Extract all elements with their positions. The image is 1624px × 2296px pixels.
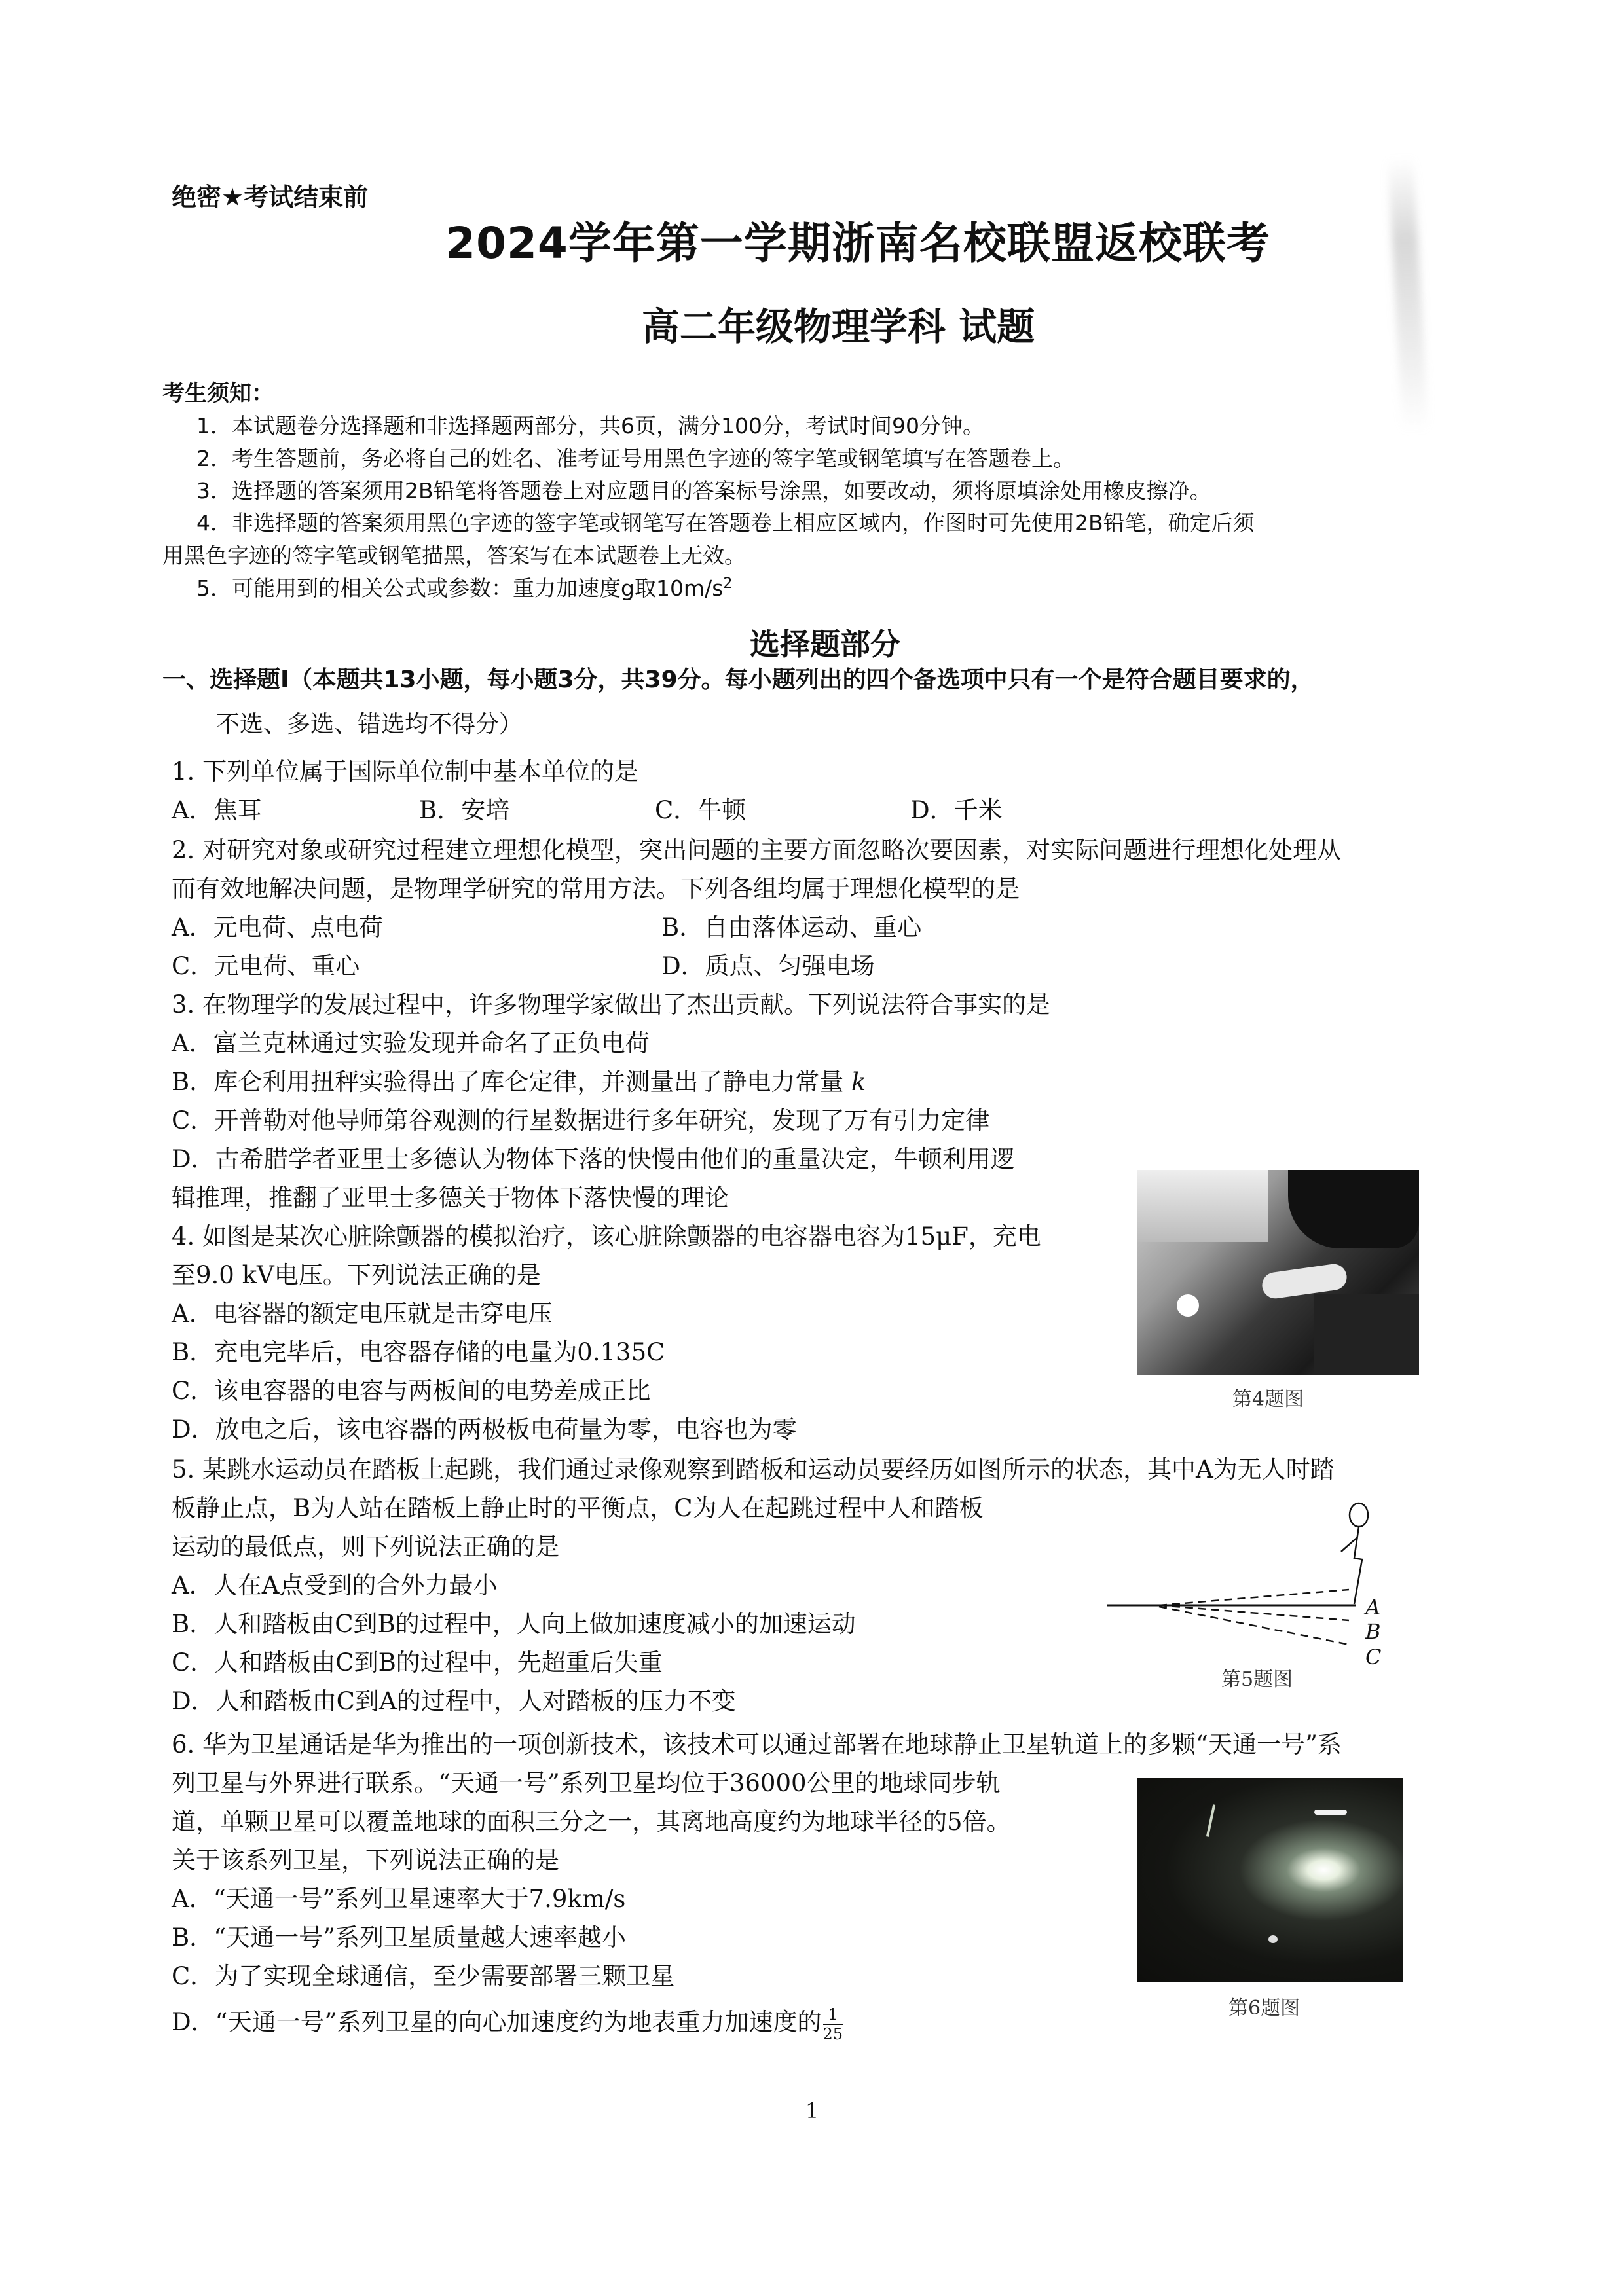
q6-option-d: D．“天通一号”系列卫星的向心加速度约为地表重力加速度的125 [172, 2002, 843, 2042]
superscript: 2 [723, 575, 732, 592]
notice-item-2: 2．考生答题前，务必将自己的姓名、准考证号用黑色字迹的签字笔或钢笔填写在答题卷上… [196, 442, 1075, 473]
q6-option-b: B．“天通一号”系列卫星质量越大速率越小 [172, 1918, 626, 1953]
notice-item-3: 3．选择题的答案须用2B铅笔将答题卷上对应题目的答案标号涂黑，如要改动，须将原填… [196, 474, 1211, 505]
q3-option-b-text: B．库仑利用扭秤实验得出了库仑定律，并测量出了静电力常量 [172, 1068, 843, 1096]
q3-option-b: B．库仑利用扭秤实验得出了库仑定律，并测量出了静电力常量 k [172, 1062, 866, 1097]
satellite-photo [1137, 1778, 1403, 1982]
q3-option-d-cont: 辑推理，推翻了亚里士多德关于物体下落快慢的理论 [172, 1178, 729, 1213]
fraction-numerator: 1 [828, 2007, 838, 2022]
q2-option-b: B．自由落体运动、重心 [661, 907, 921, 943]
q2-stem-line2: 而有效地解决问题，是物理学研究的常用方法。下列各组均属于理想化模型的是 [172, 869, 1020, 904]
q3-option-c: C．开普勒对他导师第谷观测的行星数据进行多年研究，发现了万有引力定律 [172, 1101, 989, 1136]
q2-option-c: C．元电荷、重心 [172, 946, 360, 981]
q5-stem-line3: 运动的最低点，则下列说法正确的是 [172, 1527, 559, 1562]
q6-option-c: C．为了实现全球通信，至少需要部署三颗卫星 [172, 1956, 674, 1992]
q5-option-b: B．人和踏板由C到B的过程中，人向上做加速度减小的加速运动 [172, 1604, 856, 1639]
notice-heading: 考生须知： [162, 375, 274, 407]
variable-k: k [851, 1068, 866, 1096]
part1-heading-cont: 不选、多选、错选均不得分） [216, 706, 523, 739]
label-a: A [1363, 1595, 1380, 1620]
q2-option-d: D．质点、匀强电场 [661, 946, 875, 981]
fraction-denominator: 25 [823, 2026, 843, 2042]
q5-option-a: A．人在A点受到的合外力最小 [172, 1565, 497, 1601]
label-b: B [1365, 1619, 1381, 1644]
q4-stem-line1: 4. 如图是某次心脏除颤器的模拟治疗，该心脏除颤器的电容器电容为15μF，充电 [172, 1216, 1041, 1252]
q5-figure-caption: 第5题图 [1221, 1663, 1293, 1692]
section-title: 选择题部分 [0, 621, 1624, 664]
exam-subtitle: 高二年级物理学科 试题 [0, 296, 1624, 351]
q5-stem-line1: 5. 某跳水运动员在踏板上起跳，我们通过录像观察到踏板和运动员要经历如图所示的状… [172, 1449, 1335, 1485]
q3-stem: 3. 在物理学的发展过程中，许多物理学家做出了杰出贡献。下列说法符合事实的是 [172, 985, 1050, 1020]
defibrillator-photo [1137, 1170, 1419, 1375]
q6-option-a: A．“天通一号”系列卫星速率大于7.9km/s [172, 1879, 625, 1914]
q4-option-d: D．放电之后，该电容器的两极板电荷量为零，电容也为零 [172, 1410, 797, 1445]
q2-stem-line1: 2. 对研究对象或研究过程建立理想化模型，突出问题的主要方面忽略次要因素，对实际… [172, 830, 1341, 866]
label-c: C [1365, 1645, 1381, 1669]
q1-option-c: C．牛顿 [655, 790, 746, 826]
q5-option-c: C．人和踏板由C到B的过程中，先超重后失重 [172, 1643, 663, 1678]
q1-option-d: D．千米 [910, 790, 1003, 826]
notice-item-1: 1．本试题卷分选择题和非选择题两部分，共6页，满分100分，考试时间90分钟。 [196, 409, 984, 440]
q6-figure-caption: 第6题图 [1228, 1992, 1300, 2020]
fraction: 125 [823, 2007, 843, 2042]
scan-smudge [1388, 156, 1428, 433]
confidential-mark: 绝密★考试结束前 [172, 177, 368, 213]
notice-item-4-cont: 用黑色字迹的签字笔或钢笔描黑，答案写在本试题卷上无效。 [162, 539, 746, 570]
q6-option-d-text: D．“天通一号”系列卫星的向心加速度约为地表重力加速度的 [172, 2008, 822, 2036]
notice-item-5: 5．可能用到的相关公式或参数：重力加速度g取10m/s2 [196, 572, 732, 602]
q5-stem-line2: 板静止点，B为人站在踏板上静止时的平衡点，C为人在起跳过程中人和踏板 [172, 1488, 984, 1523]
q4-option-c: C．该电容器的电容与两板间的电势差成正比 [172, 1371, 650, 1406]
q4-option-b: B．充电完毕后，电容器存储的电量为0.135C [172, 1332, 665, 1368]
q6-stem-line4: 关于该系列卫星，下列说法正确的是 [172, 1840, 559, 1876]
diving-board-diagram: A B C [1100, 1486, 1441, 1676]
part1-heading: 一、选择题Ⅰ（本题共13小题，每小题3分，共39分。每小题列出的四个备选项中只有… [162, 661, 1314, 695]
q3-option-a: A．富兰克林通过实验发现并命名了正负电荷 [172, 1023, 650, 1059]
q2-option-a: A．元电荷、点电荷 [172, 907, 383, 943]
q1-option-a: A．焦耳 [172, 790, 262, 826]
exam-title: 2024学年第一学期浙南名校联盟返校联考 [0, 208, 1624, 270]
q6-stem-line1: 6. 华为卫星通话是华为推出的一项创新技术，该技术可以通过部署在地球静止卫星轨道… [172, 1724, 1342, 1760]
q6-stem-line3: 道，单颗卫星可以覆盖地球的面积三分之一，其离地高度约为地球半径的5倍。 [172, 1802, 1011, 1837]
notice-item-4: 4．非选择题的答案须用黑色字迹的签字笔或钢笔写在答题卷上相应区域内，作图时可先使… [196, 506, 1255, 537]
q4-option-a: A．电容器的额定电压就是击穿电压 [172, 1294, 553, 1329]
q4-figure-caption: 第4题图 [1232, 1383, 1304, 1412]
q3-option-d: D．古希腊学者亚里士多德认为物体下落的快慢由他们的重量决定，牛顿利用逻 [172, 1139, 1015, 1175]
q5-option-d: D．人和踏板由C到A的过程中，人对踏板的压力不变 [172, 1681, 736, 1717]
page-number: 1 [0, 2098, 1624, 2123]
q6-stem-line2: 列卫星与外界进行联系。“天通一号”系列卫星均位于36000公里的地球同步轨 [172, 1763, 1001, 1798]
notice-item-5-text: 5．可能用到的相关公式或参数：重力加速度g取10m/s [196, 575, 723, 601]
q1-option-b: B．安培 [419, 790, 509, 826]
q1-stem: 1. 下列单位属于国际单位制中基本单位的是 [172, 752, 638, 787]
q4-stem-line2: 至9.0 kV电压。下列说法正确的是 [172, 1255, 541, 1290]
